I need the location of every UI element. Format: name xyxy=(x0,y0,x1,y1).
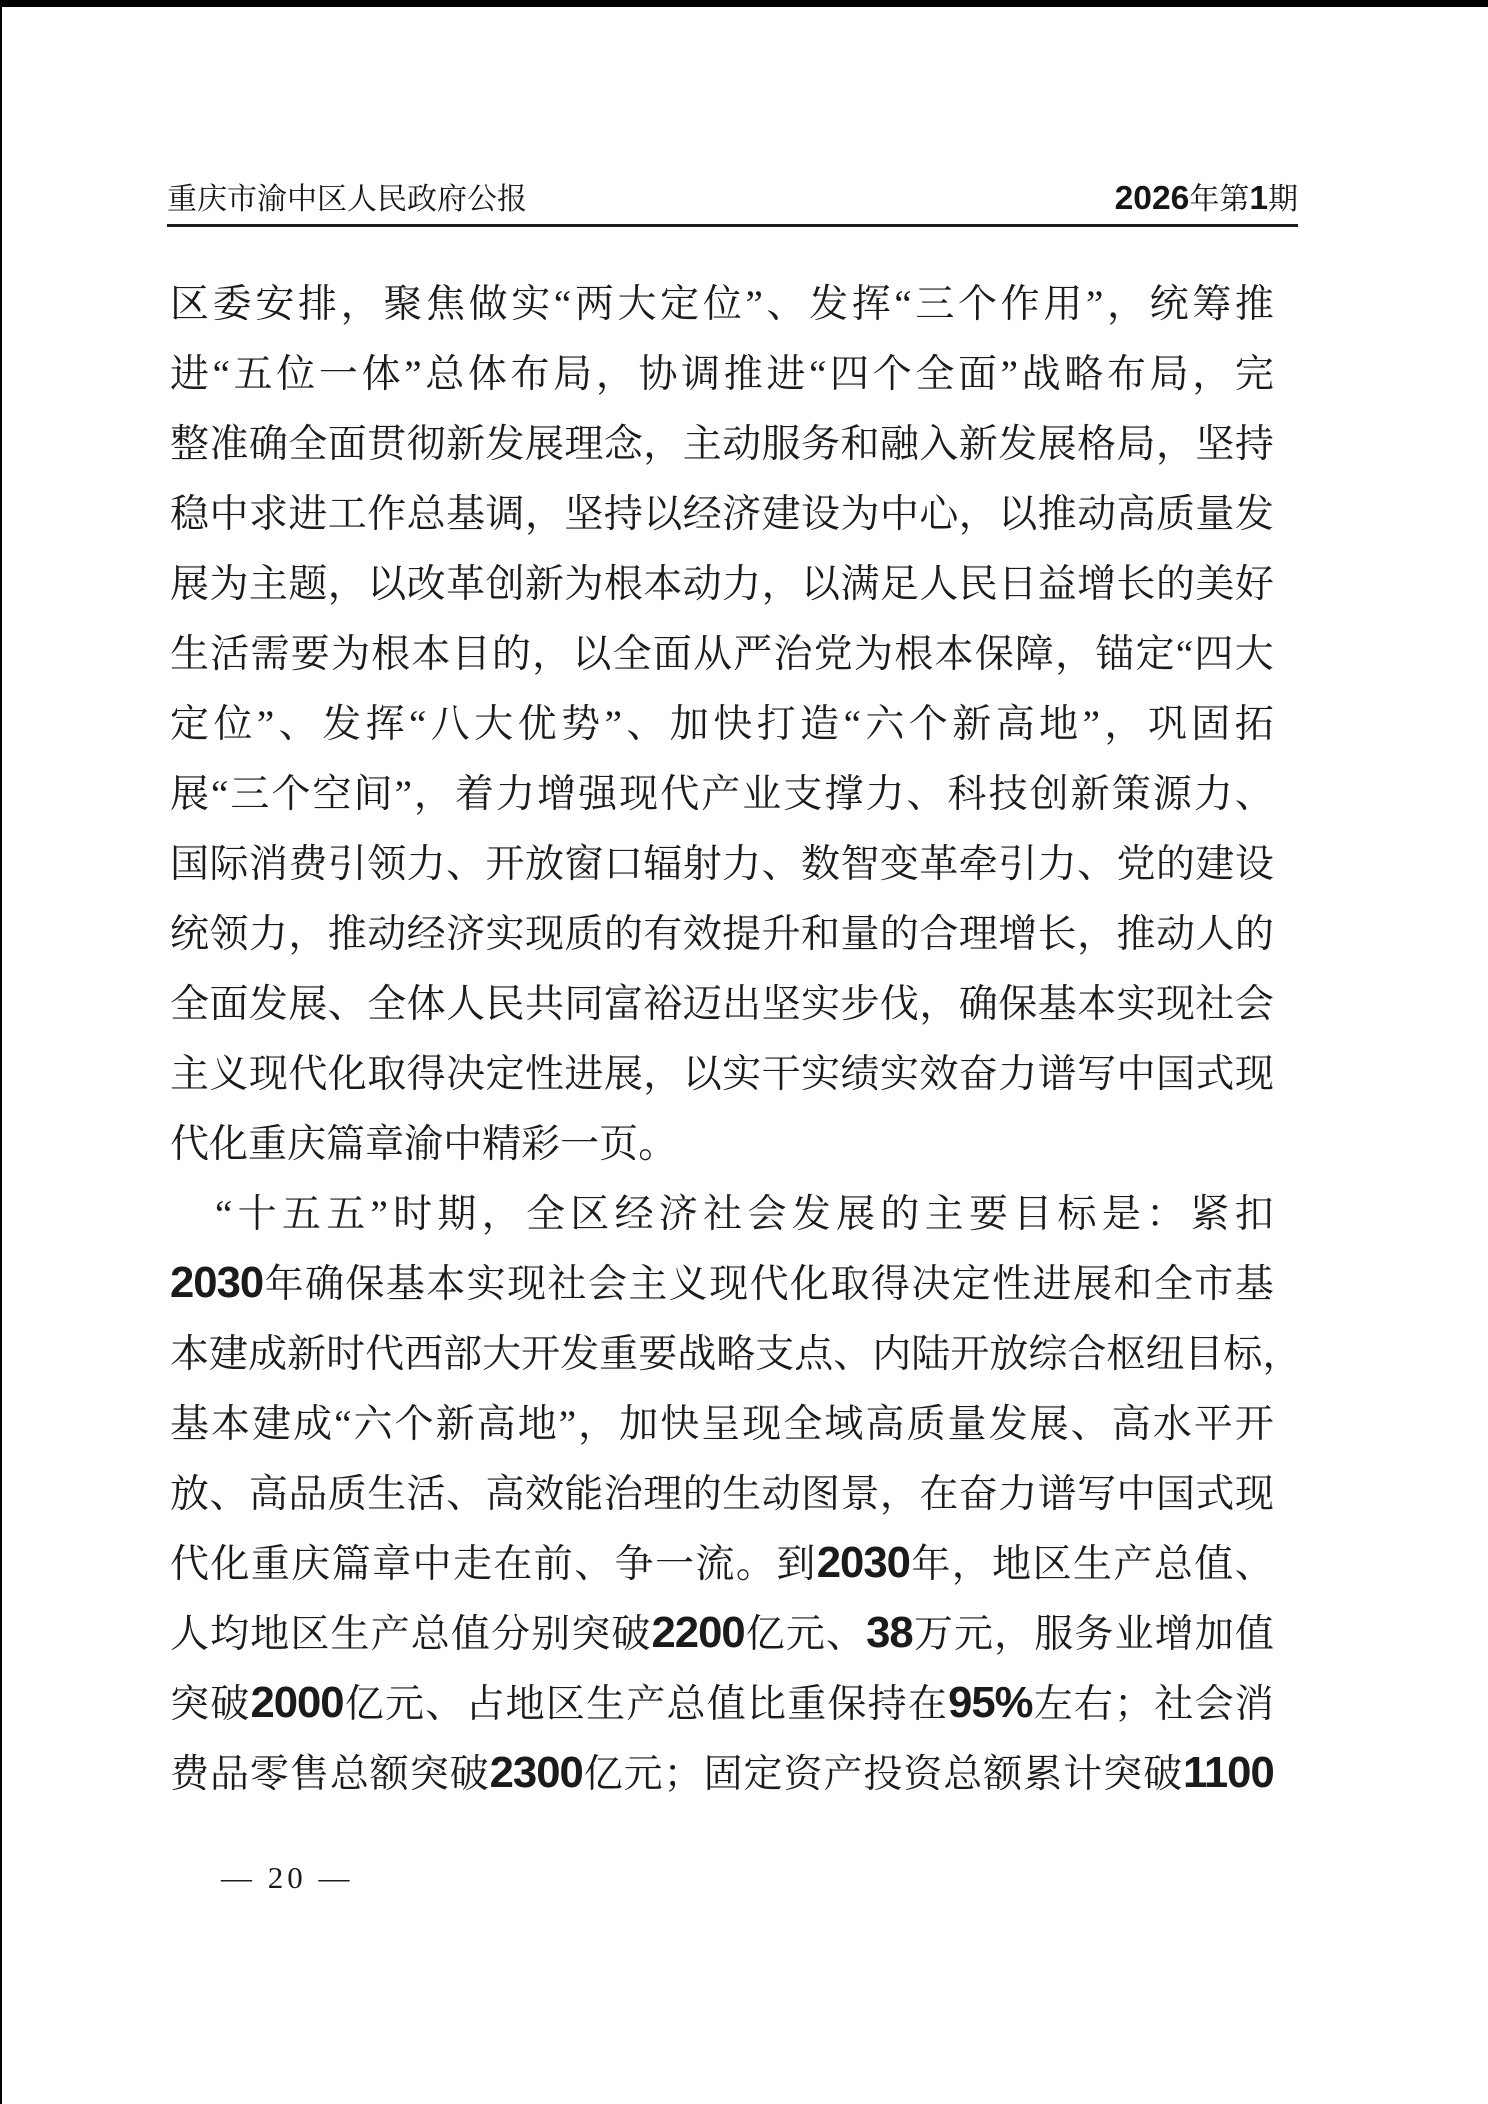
body-text-line: 整准确全面贯彻新发展理念，主动服务和融入新发展格局，坚持 xyxy=(170,410,1274,480)
body-text-line: 代化重庆篇章渝中精彩一页。 xyxy=(170,1110,1274,1180)
body-text-line: 稳中求进工作总基调，坚持以经济建设为中心，以推动高质量发 xyxy=(170,480,1274,550)
body-text-line: 定位”、发挥“八大优势”、加快打造“六个新高地”，巩固拓 xyxy=(170,690,1274,760)
body-text-line: 进“五位一体”总体布局，协调推进“四个全面”战略布局，完 xyxy=(170,340,1274,410)
issue-label: 2026年第1期 xyxy=(1115,182,1298,218)
body-text-line: 生活需要为根本目的，以全面从严治党为根本保障，锚定“四大 xyxy=(170,620,1274,690)
body-text-line: 主义现代化取得决定性进展，以实干实绩实效奋力谱写中国式现 xyxy=(170,1040,1274,1110)
body-text-line: 人均地区生产总值分别突破2200亿元、38万元，服务业增加值 xyxy=(170,1600,1274,1670)
body-text-line: 展为主题，以改革创新为根本动力，以满足人民日益增长的美好 xyxy=(170,550,1274,620)
gazette-page: 重庆市渝中区人民政府公报 2026年第1期 区委安排，聚焦做实“两大定位”、发挥… xyxy=(0,0,1488,2104)
paragraph-2: “十五五”时期，全区经济社会发展的主要目标是：紧扣 2030年确保基本实现社会主… xyxy=(170,1180,1274,1810)
body-text-line: 费品零售总额突破2300亿元；固定资产投资总额累计突破1100 xyxy=(170,1740,1274,1810)
page-header: 重庆市渝中区人民政府公报 2026年第1期 xyxy=(167,182,1298,218)
body-text-line: 本建成新时代西部大开发重要战略支点、内陆开放综合枢纽目标， xyxy=(170,1320,1274,1390)
page-footer: — 20 — xyxy=(221,1858,354,1898)
body-text-line: 区委安排，聚焦做实“两大定位”、发挥“三个作用”，统筹推 xyxy=(170,270,1274,340)
body-text-line: 全面发展、全体人民共同富裕迈出坚实步伐，确保基本实现社会 xyxy=(170,970,1274,1040)
body-text-line: 展“三个空间”，着力增强现代产业支撑力、科技创新策源力、 xyxy=(170,760,1274,830)
document-body: 区委安排，聚焦做实“两大定位”、发挥“三个作用”，统筹推 进“五位一体”总体布局… xyxy=(170,270,1274,1810)
header-divider xyxy=(167,224,1298,227)
body-text-line: 放、高品质生活、高效能治理的生动图景，在奋力谱写中国式现 xyxy=(170,1460,1274,1530)
scan-edge-top xyxy=(0,0,1488,7)
page-number: — 20 — xyxy=(221,1860,354,1895)
gazette-title: 重庆市渝中区人民政府公报 xyxy=(167,182,527,218)
body-text-line: 2030年确保基本实现社会主义现代化取得决定性进展和全市基 xyxy=(170,1250,1274,1320)
body-text-line: 基本建成“六个新高地”，加快呈现全域高质量发展、高水平开 xyxy=(170,1390,1274,1460)
body-text-line: 统领力，推动经济实现质的有效提升和量的合理增长，推动人的 xyxy=(170,900,1274,970)
body-text-line: 国际消费引领力、开放窗口辐射力、数智变革牵引力、党的建设 xyxy=(170,830,1274,900)
paragraph-1: 区委安排，聚焦做实“两大定位”、发挥“三个作用”，统筹推 进“五位一体”总体布局… xyxy=(170,270,1274,1180)
body-text-line: 突破2000亿元、占地区生产总值比重保持在95%左右；社会消 xyxy=(170,1670,1274,1740)
body-text-line: 代化重庆篇章中走在前、争一流。到2030年，地区生产总值、 xyxy=(170,1530,1274,1600)
body-text-line: “十五五”时期，全区经济社会发展的主要目标是：紧扣 xyxy=(170,1180,1274,1250)
scan-edge-left xyxy=(0,0,2,2104)
